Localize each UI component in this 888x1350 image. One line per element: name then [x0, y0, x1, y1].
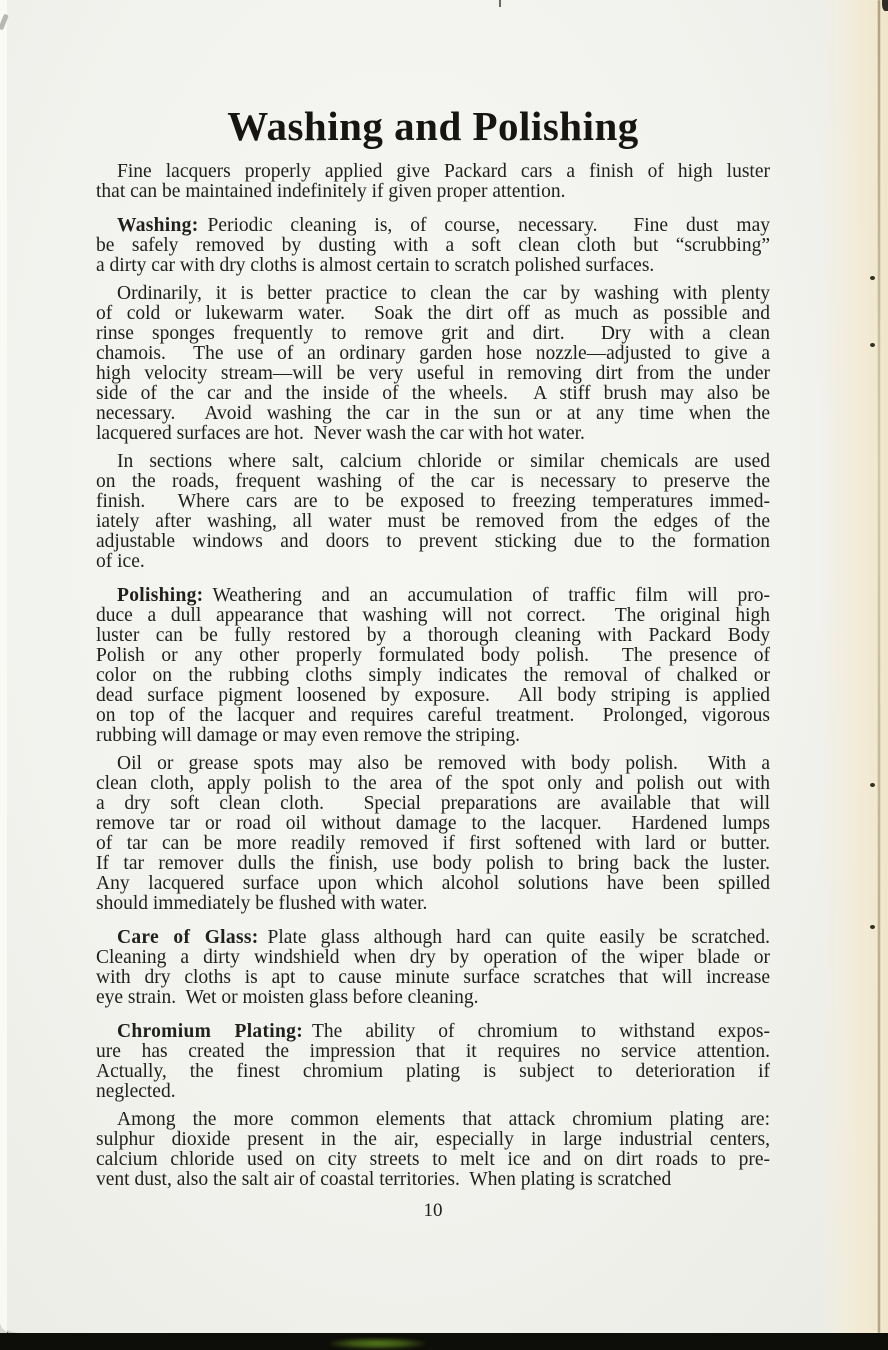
text-line: Washing:Periodic cleaning is, of course,…: [96, 216, 770, 236]
text-line: Care of Glass:Plate glass although hard …: [96, 928, 770, 948]
text-line: adjustable windows and doors to prevent …: [96, 532, 770, 552]
stitch-mark: [870, 276, 875, 280]
page-number: 10: [96, 1200, 770, 1222]
text-line: finish. Where cars are to be exposed to …: [96, 492, 770, 512]
text-line: If tar remover dulls the finish, use bod…: [96, 854, 770, 874]
text-line: chamois. The use of an ordinary garden h…: [96, 344, 770, 364]
washing-paragraph-2: Ordinarily, it is better practice to cle…: [96, 284, 770, 444]
binding-crease-line: [878, 0, 880, 1333]
text-line: neglected.: [96, 1082, 770, 1102]
paper: Washing and Polishing Fine lacquers prop…: [0, 0, 888, 1336]
text-line: of ice.: [96, 552, 770, 572]
scan-bottom-bar: [0, 1333, 888, 1350]
green-scan-artifact: [330, 1338, 425, 1349]
text-line: on top of the lacquer and requires caref…: [96, 706, 770, 726]
page-content: Washing and Polishing Fine lacquers prop…: [96, 0, 770, 1222]
text-line: In sections where salt, calcium chloride…: [96, 452, 770, 472]
text-line: Polishing:Weathering and an accumulation…: [96, 586, 770, 606]
text-line: rubbing will damage or may even remove t…: [96, 726, 770, 746]
text-line: Among the more common elements that atta…: [96, 1110, 770, 1130]
section-lead: Polishing:: [117, 586, 203, 606]
text-line: Ordinarily, it is better practice to cle…: [96, 284, 770, 304]
stitch-mark: [870, 343, 875, 347]
section-lead: Care of Glass:: [117, 928, 259, 948]
text-line: Chromium Plating:The ability of chromium…: [96, 1022, 770, 1042]
section-lead: Chromium Plating:: [117, 1022, 303, 1042]
text-line: Any lacquered surface upon which alcohol…: [96, 874, 770, 894]
text-line: Actually, the finest chromium plating is…: [96, 1062, 770, 1082]
corner-shadow: [882, 0, 888, 11]
text-line: with dry cloths is apt to cause minute s…: [96, 968, 770, 988]
washing-paragraph-3: In sections where salt, calcium chloride…: [96, 452, 770, 572]
text-line: vent dust, also the salt air of coastal …: [96, 1170, 770, 1190]
text-line: side of the car and the inside of the wh…: [96, 384, 770, 404]
text-line: a dry soft clean cloth. Special preparat…: [96, 794, 770, 814]
text-line: of cold or lukewarm water. Soak the dirt…: [96, 304, 770, 324]
text-line: sulphur dioxide present in the air, espe…: [96, 1130, 770, 1150]
intro-paragraph: Fine lacquers properly applied give Pack…: [96, 162, 770, 202]
text-line: Fine lacquers properly applied give Pack…: [96, 162, 770, 182]
text-line: necessary. Avoid washing the car in the …: [96, 404, 770, 424]
polishing-paragraph-2: Oil or grease spots may also be removed …: [96, 754, 770, 914]
text-line: lacquered surfaces are hot. Never wash t…: [96, 424, 770, 444]
text-line: be safely removed by dusting with a soft…: [96, 236, 770, 256]
text-line: luster can be fully restored by a thorou…: [96, 626, 770, 646]
text-line: duce a dull appearance that washing will…: [96, 606, 770, 626]
text-line: dead surface pigment loosened by exposur…: [96, 686, 770, 706]
text-line: iately after washing, all water must be …: [96, 512, 770, 532]
text-line: Cleaning a dirty windshield when dry by …: [96, 948, 770, 968]
chromium-plating-paragraph-2: Among the more common elements that atta…: [96, 1110, 770, 1190]
stitch-mark: [870, 783, 875, 787]
text-line: eye strain. Wet or moisten glass before …: [96, 988, 770, 1008]
page-left-edge: [0, 0, 7, 1333]
text-line: calcium chloride used on city streets to…: [96, 1150, 770, 1170]
page-body: Fine lacquers properly applied give Pack…: [96, 162, 770, 1190]
text-line: a dirty car with dry cloths is almost ce…: [96, 256, 770, 276]
text-line: that can be maintained indefinitely if g…: [96, 182, 770, 202]
washing-paragraph-1: Washing:Periodic cleaning is, of course,…: [96, 216, 770, 276]
text-line: color on the rubbing cloths simply indic…: [96, 666, 770, 686]
page-title: Washing and Polishing: [96, 102, 770, 150]
text-line: high velocity stream—will be very useful…: [96, 364, 770, 384]
text-line: ure has created the impression that it r…: [96, 1042, 770, 1062]
section-lead: Washing:: [117, 216, 199, 236]
text-line: rinse sponges frequently to remove grit …: [96, 324, 770, 344]
text-line: should immediately be flushed with water…: [96, 894, 770, 914]
scanned-page: Washing and Polishing Fine lacquers prop…: [0, 0, 888, 1350]
text-line: remove tar or road oil without damage to…: [96, 814, 770, 834]
text-line: of tar can be more readily removed if fi…: [96, 834, 770, 854]
text-line: Oil or grease spots may also be removed …: [96, 754, 770, 774]
polishing-paragraph-1: Polishing:Weathering and an accumulation…: [96, 586, 770, 746]
chromium-plating-paragraph-1: Chromium Plating:The ability of chromium…: [96, 1022, 770, 1102]
text-line: on the roads, frequent washing of the ca…: [96, 472, 770, 492]
care-of-glass-paragraph: Care of Glass:Plate glass although hard …: [96, 928, 770, 1008]
text-line: clean cloth, apply polish to the area of…: [96, 774, 770, 794]
text-line: Polish or any other properly formulated …: [96, 646, 770, 666]
stitch-mark: [870, 925, 875, 929]
